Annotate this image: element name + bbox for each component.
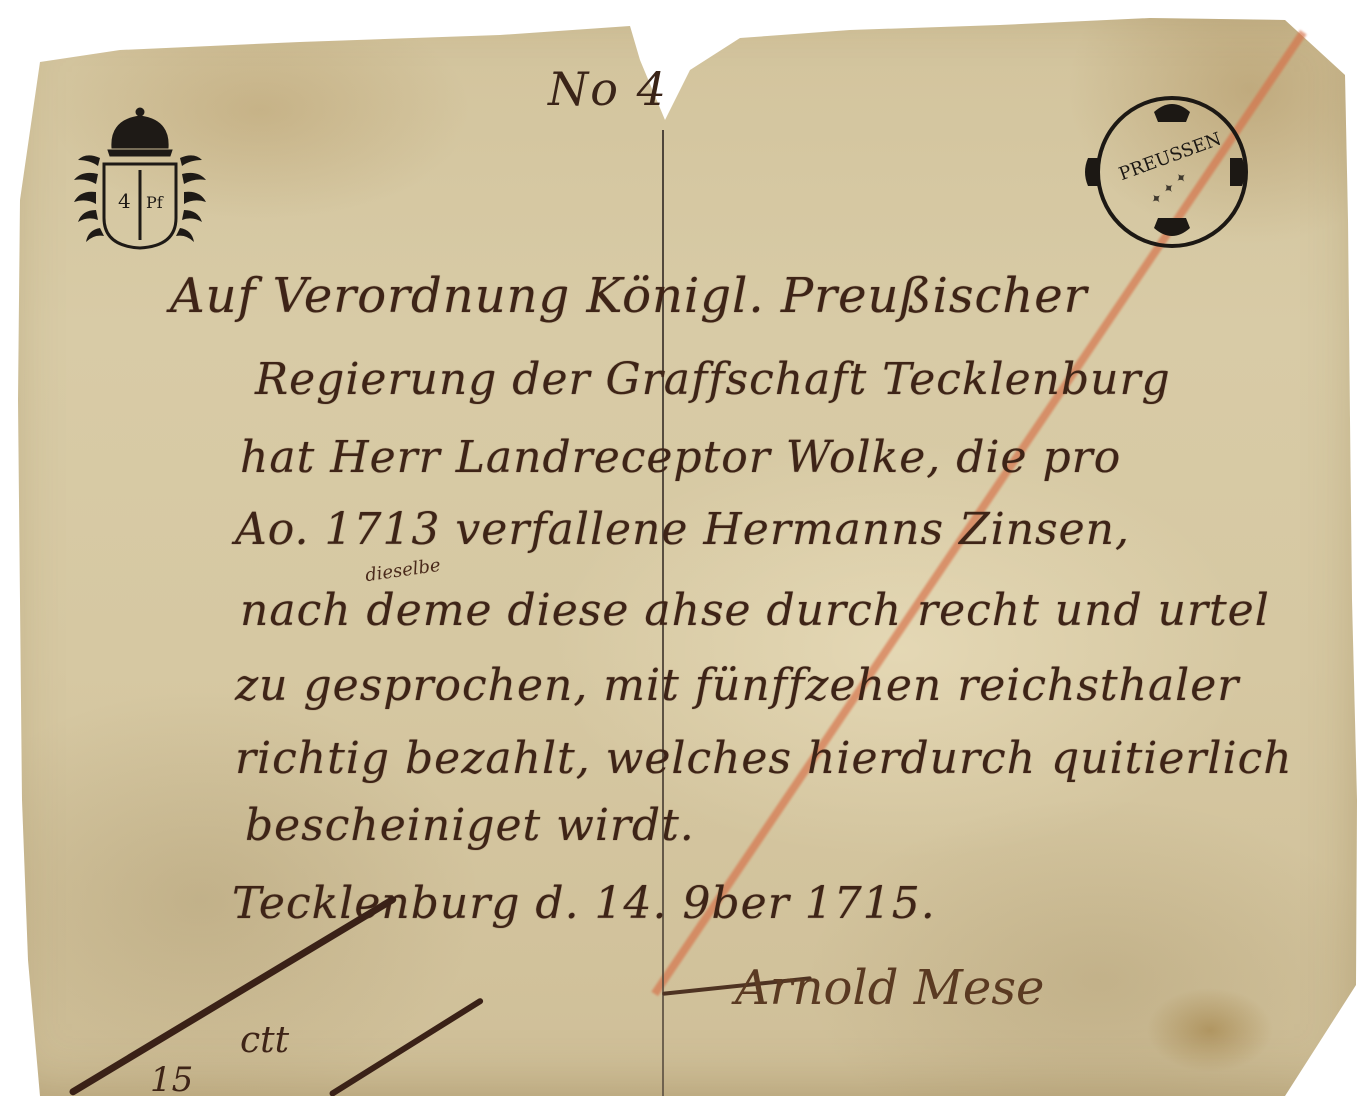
body-line-4: Ao. 1713 verfallene Hermanns Zinsen,: [235, 504, 1130, 555]
body-line-7: richtig bezahlt, welches hierdurch quiti…: [235, 733, 1293, 784]
crowned-shield-stamp-icon: 4 Pf: [60, 98, 220, 258]
signature: Arnold Mese: [735, 960, 1044, 1016]
svg-text:PREUSSEN: PREUSSEN: [1116, 129, 1224, 185]
body-line-6: zu gesprochen, mit fünffzehen reichsthal…: [235, 660, 1239, 711]
document-number: No 4: [548, 62, 668, 116]
bottom-fragment: 15: [150, 1060, 193, 1096]
svg-text:✦ ✦ ✦: ✦ ✦ ✦: [1147, 168, 1191, 209]
bottom-note: ctt: [240, 1020, 289, 1061]
body-line-3: hat Herr Landreceptor Wolke, die pro: [240, 432, 1121, 483]
date-line: Tecklenburg d. 14. 9ber 1715.: [232, 878, 936, 929]
body-line-1: Auf Verordnung Königl. Preußischer: [170, 268, 1088, 324]
body-line-8: bescheiniget wirdt.: [245, 800, 695, 851]
body-line-2: Regierung der Graffschaft Tecklenburg: [255, 354, 1171, 405]
body-line-5: nach deme diese ahse durch recht und urt…: [240, 585, 1270, 636]
svg-text:Pf: Pf: [146, 193, 164, 212]
circular-crown-stamp-icon: PREUSSEN ✦ ✦ ✦: [1082, 92, 1252, 252]
svg-text:4: 4: [118, 189, 131, 213]
